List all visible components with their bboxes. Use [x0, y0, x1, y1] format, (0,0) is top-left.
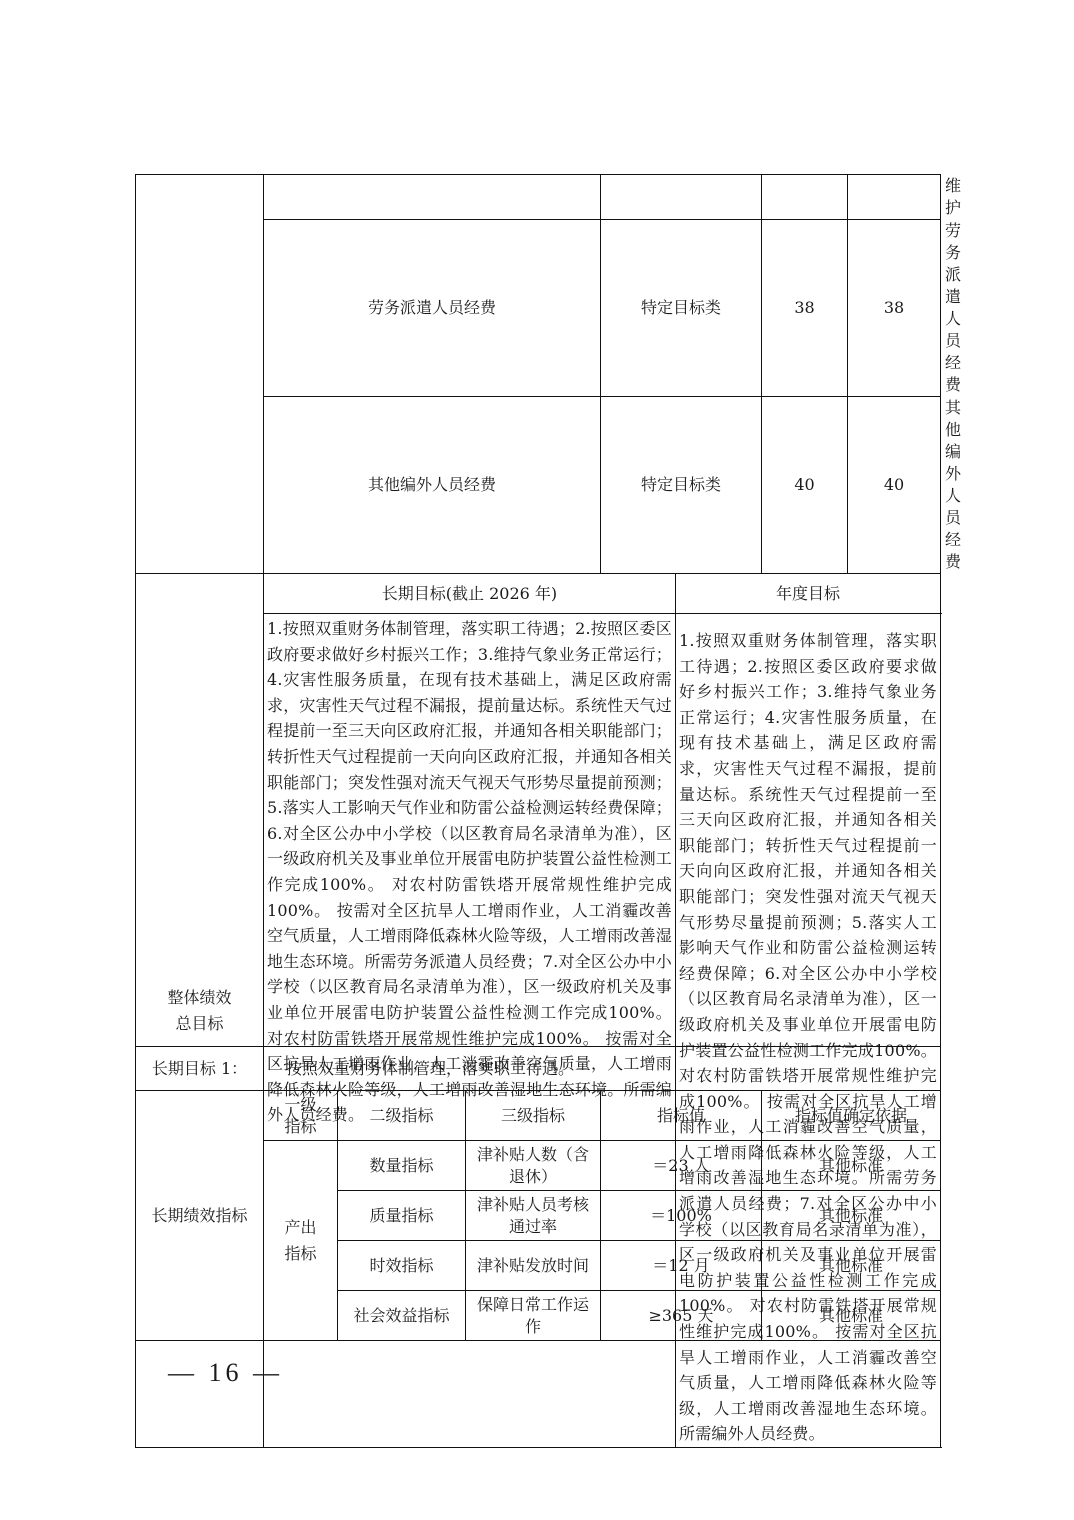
indicator-table: 长期目标 1： 按照双重财务体制管理，落实职工待遇。 长期绩效指标 一级指标 二… [135, 1046, 941, 1341]
level3: 津补贴发放时间 [466, 1241, 601, 1291]
level2: 数量指标 [338, 1141, 466, 1191]
budget-amount-1: 38 [762, 220, 848, 397]
header-level3: 三级指标 [466, 1091, 601, 1141]
budget-amount-1: 40 [762, 397, 848, 574]
blank-label-cell [136, 175, 264, 574]
long-term-goal-1-text: 按照双重财务体制管理，落实职工待遇。 [264, 1047, 941, 1091]
overall-goal-label-text: 整体绩效总目标 [168, 985, 232, 1037]
annual-goal-header: 年度目标 [676, 574, 941, 614]
budget-category [601, 175, 762, 220]
budget-amount-2: 40 [848, 397, 941, 574]
indicator-basis: 其他标准 [762, 1141, 941, 1191]
budget-item: 劳务派遣人员经费 [264, 220, 601, 397]
long-term-goal-header: 长期目标(截止 2026 年) [264, 574, 676, 614]
budget-item: 其他编外人员经费 [264, 397, 601, 574]
indicator-value: ＝23 人 [601, 1141, 762, 1191]
indicator-section-label: 长期绩效指标 [136, 1091, 264, 1341]
budget-amount-1 [762, 175, 848, 220]
indicator-value: ＝12 月 [601, 1241, 762, 1291]
long-term-goal-1-row: 长期目标 1： 按照双重财务体制管理，落实职工待遇。 [136, 1047, 941, 1091]
indicator-basis: 其他标准 [762, 1191, 941, 1241]
header-value: 指标值 [601, 1091, 762, 1141]
level3: 津补贴人员考核通过率 [466, 1191, 601, 1241]
header-level1: 一级指标 [264, 1091, 338, 1141]
document-page: 维护 劳务派遣人员经费 特定目标类 38 38 劳务派遣人员经费 其他编外人员经… [0, 0, 1074, 1520]
budget-row: 维护 [136, 175, 941, 220]
page-number: — 16 — [168, 1358, 283, 1388]
indicator-basis: 其他标准 [762, 1241, 941, 1291]
budget-item [264, 175, 601, 220]
header-level2: 二级指标 [338, 1091, 466, 1141]
level2: 社会效益指标 [338, 1291, 466, 1341]
indicator-basis: 其他标准 [762, 1291, 941, 1341]
budget-category: 特定目标类 [601, 397, 762, 574]
header-basis: 指标值确定依据 [762, 1091, 941, 1141]
level3: 津补贴人数（含退休） [466, 1141, 601, 1191]
budget-amount-2 [848, 175, 941, 220]
indicator-value: ＝100% [601, 1191, 762, 1241]
level3: 保障日常工作运作 [466, 1291, 601, 1341]
goal-header-row: 整体绩效总目标 长期目标(截止 2026 年) 年度目标 [136, 574, 941, 614]
level2: 质量指标 [338, 1191, 466, 1241]
indicator-value: ≥365 天 [601, 1291, 762, 1341]
level1-output: 产出指标 [264, 1141, 338, 1341]
long-term-goal-1-label: 长期目标 1： [136, 1047, 264, 1091]
budget-amount-2: 38 [848, 220, 941, 397]
indicator-header-row: 长期绩效指标 一级指标 二级指标 三级指标 指标值 指标值确定依据 [136, 1091, 941, 1141]
level2: 时效指标 [338, 1241, 466, 1291]
budget-category: 特定目标类 [601, 220, 762, 397]
